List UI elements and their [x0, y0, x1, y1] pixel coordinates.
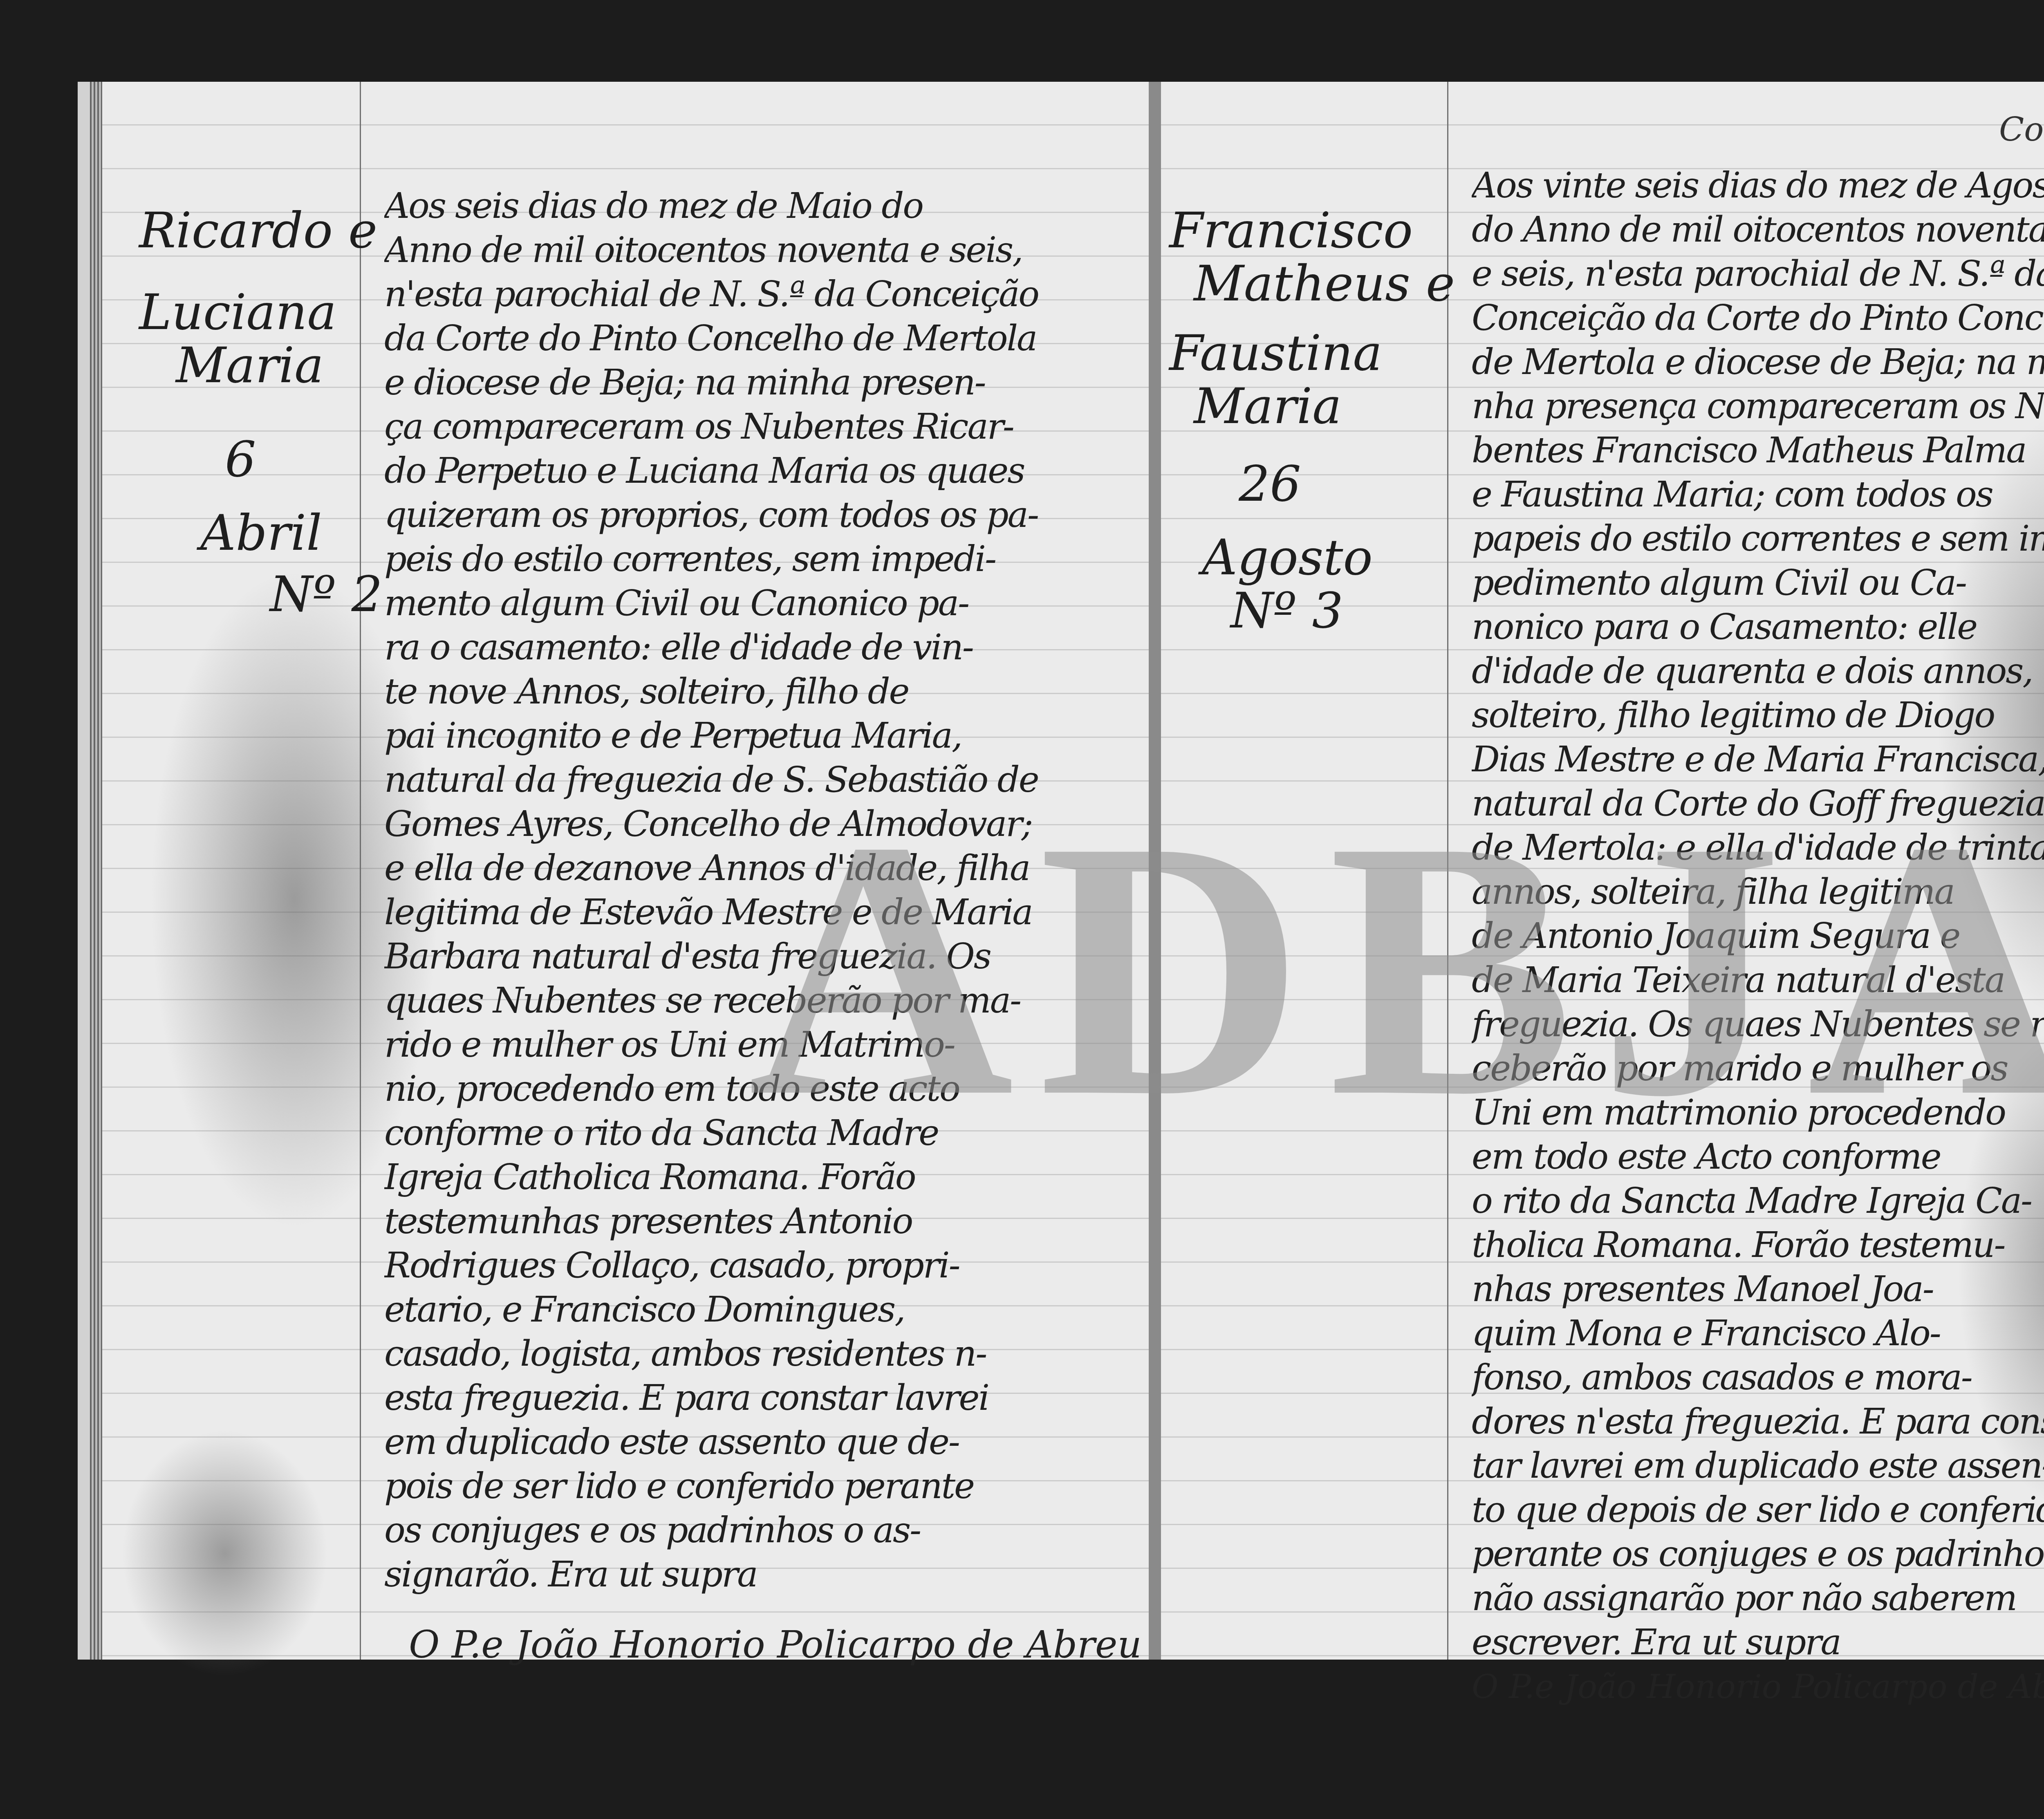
text-line: e seis, n'esta parochial de N. S.ª da [1472, 252, 2044, 296]
text-line: testemunhas presentes Antonio [384, 1199, 1120, 1243]
text-line: to que depois de ser lido e conferido [1472, 1488, 2044, 1532]
text-line: nha presença compareceram os Nu- [1472, 384, 2044, 428]
priest-signature: O P.e João Honorio Policarpo de Abreu [409, 1623, 1142, 1667]
entry-number: Nº 3 [1169, 585, 1455, 638]
text-line: e diocese de Beja; na minha presen- [384, 361, 1120, 405]
groom-name-second: Matheus e [1169, 258, 1455, 311]
text-line: e Faustina Maria; com todos os [1472, 473, 2044, 517]
text-line: em duplicado este assento que de- [384, 1420, 1120, 1464]
water-stain [123, 1431, 327, 1676]
text-line: nonico para o Casamento: elle [1472, 605, 2044, 649]
entry-month: Agosto [1169, 531, 1455, 585]
text-line: quizeram os proprios, com todos os pa- [384, 493, 1120, 537]
text-line: signarão. Era ut supra [384, 1552, 1120, 1597]
text-line: tar lavrei em duplicado este assen- [1472, 1444, 2044, 1488]
text-line: d'idade de quarenta e dois annos, [1472, 649, 2044, 693]
condition-annotation: Cond.e [1999, 110, 2044, 148]
text-line: Aos seis dias do mez de Maio do [384, 184, 1120, 228]
text-line: te nove Annos, solteiro, filho de [384, 670, 1120, 714]
priest-signature: O P.e João Honorio Policarpo de Abreu [1472, 1668, 2044, 1706]
right-margin-entry: Francisco Matheus e Faustina Maria 26 Ag… [1169, 204, 1455, 638]
text-line: ça compareceram os Nubentes Ricar- [384, 405, 1120, 449]
text-line: perante os conjuges e os padrinhos [1472, 1532, 2044, 1576]
text-line: peis do estilo correntes, sem impedi- [384, 537, 1120, 581]
text-line: Anno de mil oitocentos noventa e seis, [384, 228, 1120, 272]
text-line: pedimento algum Civil ou Ca- [1472, 561, 2044, 605]
text-line: Conceição da Corte do Pinto Concelho [1472, 296, 2044, 340]
text-line: tholica Romana. Forão testemu- [1472, 1223, 2044, 1267]
text-line: não assignarão por não saberem [1472, 1576, 2044, 1620]
bride-name-second: Maria [1169, 380, 1455, 433]
text-line: quim Mona e Francisco Alo- [1472, 1311, 2044, 1355]
text-line: do Anno de mil oitocentos noventa [1472, 208, 2044, 252]
text-line: bentes Francisco Matheus Palma [1472, 428, 2044, 473]
groom-name: Ricardo e [139, 204, 383, 258]
text-line: da Corte do Pinto Concelho de Mertola [384, 316, 1120, 361]
text-line: de Mertola e diocese de Beja; na mi- [1472, 340, 2044, 384]
text-line: n'esta parochial de N. S.ª da Conceição [384, 272, 1120, 316]
text-line: fonso, ambos casados e mora- [1472, 1355, 2044, 1400]
text-line: dores n'esta freguezia. E para cons- [1472, 1400, 2044, 1444]
entry-month: Abril [139, 507, 383, 560]
entry-day: 26 [1169, 458, 1455, 511]
text-line: papeis do estilo correntes e sem im- [1472, 517, 2044, 561]
text-line: do Perpetuo e Luciana Maria os quaes [384, 449, 1120, 493]
left-margin-entry: Ricardo e Luciana Maria 6 Abril Nº 2 [139, 204, 383, 621]
bride-name-first: Faustina [1169, 327, 1455, 380]
entry-day: 6 [139, 433, 383, 486]
archive-watermark: ADBJA [748, 785, 2044, 1153]
register-book: Ricardo e Luciana Maria 6 Abril Nº 2 Aos… [78, 82, 2044, 1660]
bride-name-first: Luciana [139, 286, 383, 339]
bride-name-second: Maria [139, 339, 383, 392]
text-line: solteiro, filho legitimo de Diogo [1472, 693, 2044, 737]
text-line: os conjuges e os padrinhos o as- [384, 1508, 1120, 1552]
text-line: Rodrigues Collaço, casado, propri- [384, 1243, 1120, 1288]
text-line: pai incognito e de Perpetua Maria, [384, 714, 1120, 758]
text-line: etario, e Francisco Domingues, [384, 1288, 1120, 1332]
entry-number: Nº 2 [139, 568, 383, 621]
groom-name-first: Francisco [1169, 204, 1455, 258]
text-line: pois de ser lido e conferido perante [384, 1464, 1120, 1508]
text-line: ra o casamento: elle d'idade de vin- [384, 625, 1120, 670]
text-line: casado, logista, ambos residentes n- [384, 1332, 1120, 1376]
text-line: escrever. Era ut supra [1472, 1620, 2044, 1664]
text-line: Aos vinte seis dias do mez de Agosto [1472, 164, 2044, 208]
text-line: nhas presentes Manoel Joa- [1472, 1267, 2044, 1311]
binding-edge [90, 82, 102, 1660]
text-line: mento algum Civil ou Canonico pa- [384, 581, 1120, 625]
text-line: esta freguezia. E para constar lavrei [384, 1376, 1120, 1420]
text-line: o rito da Sancta Madre Igreja Ca- [1472, 1179, 2044, 1223]
